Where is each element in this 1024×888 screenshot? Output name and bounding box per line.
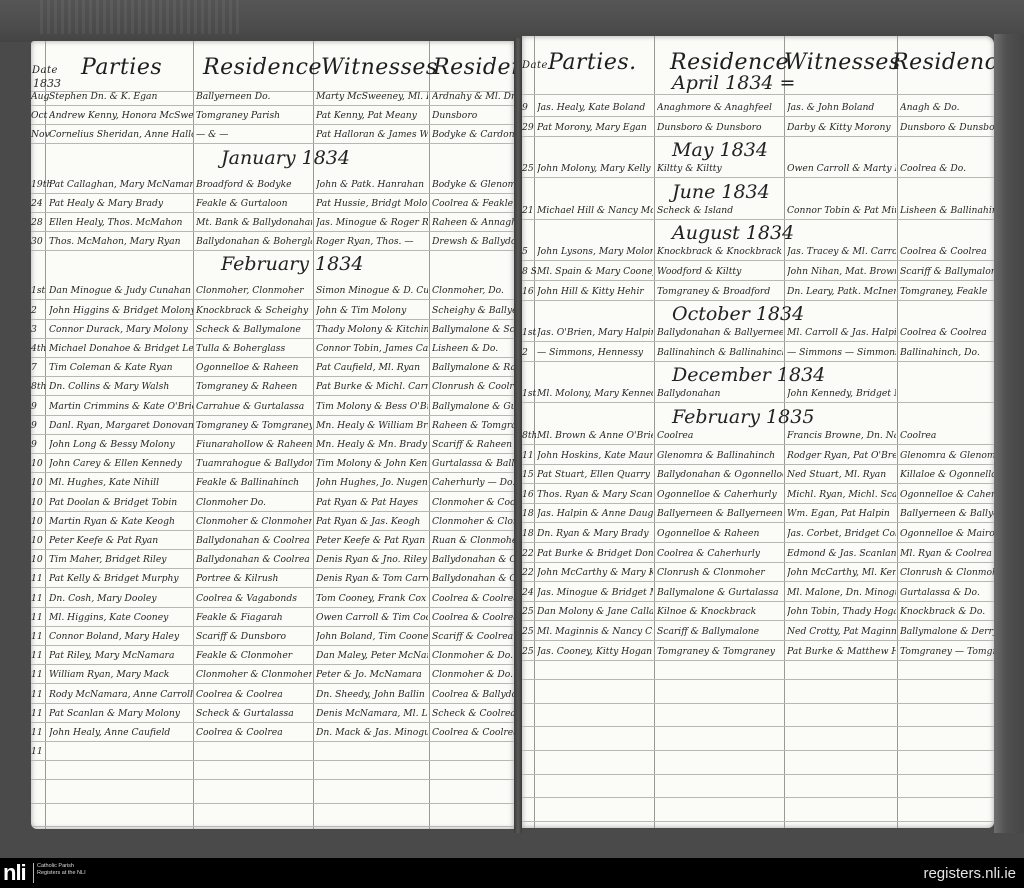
entry-date: 8th	[522, 430, 536, 441]
book-page-edges	[994, 34, 1024, 834]
entry-witness-residence: Scariff & Ballymalone	[900, 266, 994, 277]
entry-parties: John Carey & Ellen Kennedy	[49, 458, 193, 469]
row-rule	[522, 116, 994, 117]
entry-parties: Ml. Higgins, Kate Cooney	[49, 612, 193, 623]
entry-date: 10	[31, 458, 51, 469]
entry-residence: Ballydonahan & Ogonnelloe	[657, 469, 783, 480]
entry-witness-residence: Glenomra & Glenomra	[900, 450, 994, 461]
entry-witnesses: Tim Molony & John Kennedy	[316, 458, 428, 469]
entry-witness-residence: Ballymalone & Gurtalassa	[432, 401, 514, 412]
entry-parties: Jas. Healy, Kate Boland	[537, 102, 653, 113]
register-page-right: Date Parties. Residence Witnesses Reside…	[522, 36, 994, 828]
entry-residence: Ballydonahan & Coolrea	[196, 554, 312, 565]
entry-date: 25	[522, 606, 536, 617]
entry-witness-residence: Ballymalone & Raheen	[432, 362, 514, 373]
entry-parties: Pat Riley, Mary McNamara	[49, 650, 193, 661]
entry-witness-residence: Scariff & Coolrea	[432, 631, 514, 642]
row-rule	[31, 703, 514, 704]
row-rule	[522, 522, 994, 523]
entry-witnesses: Jas. Tracey & Ml. Carroll	[787, 246, 896, 257]
entry-witnesses: Mn. Healy & William Brady	[316, 420, 428, 431]
entry-residence: Feakle & Clonmoher	[196, 650, 312, 661]
entry-date: 8 Sept	[522, 266, 536, 277]
entry-witness-residence: Raheen & Annagh	[432, 217, 514, 228]
entry-witness-residence: Raheen & Tomgraney	[432, 420, 514, 431]
entry-residence: Ballyerneen & Ballyerneen	[657, 508, 783, 519]
entry-date: 10	[31, 477, 51, 488]
row-rule	[31, 415, 514, 416]
entry-residence: Tulla & Boherglass	[196, 343, 312, 354]
row-rule	[522, 542, 994, 543]
row-rule	[31, 664, 514, 665]
entry-parties: Dn. Ryan & Mary Brady	[537, 528, 653, 539]
entry-witnesses: Ml. Malone, Dn. Minogue	[787, 587, 896, 598]
entry-date: 25	[522, 646, 536, 657]
row-rule	[522, 300, 994, 301]
entry-witness-residence: Coolrea & Feakle	[432, 198, 514, 209]
entry-witness-residence: Ballydonahan & Coolrea	[432, 573, 514, 584]
entry-witnesses: John Nihan, Mat. Brown	[787, 266, 896, 277]
entry-parties: William Ryan, Mary Mack	[49, 669, 193, 680]
entry-residence: Glenomra & Ballinahinch	[657, 450, 783, 461]
scanner-background-bottom	[0, 833, 1024, 858]
entry-witnesses: Ml. Carroll & Jas. Halpin	[787, 327, 896, 338]
entry-parties: Connor Durack, Mary Molony	[49, 324, 193, 335]
entry-witness-residence: Coolrea & Coolrea	[432, 612, 514, 623]
entry-date: 18	[522, 508, 536, 519]
entry-date: 7	[31, 362, 51, 373]
row-rule	[522, 483, 994, 484]
entry-residence: Tomgraney & Tomgraney	[657, 646, 783, 657]
entry-parties: John Lysons, Mary Molony	[537, 246, 653, 257]
entry-parties: Pat Healy & Mary Brady	[49, 198, 193, 209]
entry-residence: Ogonnelloe & Caherhurly	[657, 489, 783, 500]
entry-witness-residence: Scheck & Coolrea	[432, 708, 514, 719]
entry-witness-residence: Lisheen & Ballinahinch	[900, 205, 994, 216]
header-parties: Parties.	[548, 50, 637, 75]
blank-row-rule	[31, 826, 514, 827]
entry-residence: — & —	[196, 129, 312, 140]
entry-witnesses: Pat Burke & Matthew Hogan	[787, 646, 896, 657]
entry-residence: Tuamrahogue & Ballydonahan	[196, 458, 312, 469]
entry-witness-residence: Drewsh & Ballydonahan	[432, 236, 514, 247]
entry-date: 24	[522, 587, 536, 598]
row-rule	[31, 626, 514, 627]
blank-row-rule	[522, 679, 994, 680]
entry-witnesses: Simon Minogue & D. Cunahan	[316, 285, 428, 296]
row-rule	[522, 444, 994, 445]
entry-parties: Thos. Ryan & Mary Scanlan	[537, 489, 653, 500]
entry-witnesses: Dan Maley, Peter McNamara	[316, 650, 428, 661]
row-rule	[522, 280, 994, 281]
blank-row-rule	[522, 750, 994, 751]
entry-date: 21	[522, 205, 536, 216]
row-rule	[522, 341, 994, 342]
entry-witnesses: Pat Ryan & Jas. Keogh	[316, 516, 428, 527]
entry-parties: John McCarthy & Mary Kennedy	[537, 567, 653, 578]
entry-date: 2	[31, 305, 51, 316]
entry-residence: Tomgraney & Broadford	[657, 286, 783, 297]
entry-parties: Tim Coleman & Kate Ryan	[49, 362, 193, 373]
row-rule	[31, 683, 514, 684]
entry-parties: Rody McNamara, Anne Carroll	[49, 689, 193, 700]
row-rule	[522, 562, 994, 563]
entry-witness-residence: Killaloe & Ogonnelloe	[900, 469, 994, 480]
entry-witnesses: Denis Ryan & Tom Carroll	[316, 573, 428, 584]
entry-witness-residence: Bodyke & Glenomra	[432, 179, 514, 190]
entry-parties: — Simmons, Hennessy	[537, 347, 653, 358]
entry-date: 5	[522, 246, 536, 257]
entry-witness-residence: Lisheen & Do.	[432, 343, 514, 354]
entry-witnesses: Tom Cooney, Frank Cox	[316, 593, 428, 604]
entry-date: 24	[31, 198, 51, 209]
entry-witness-residence: Clonmoher & Coolrea	[432, 497, 514, 508]
entry-residence: Dunsboro & Dunsboro	[657, 122, 783, 133]
book-cover-edge	[40, 0, 240, 34]
row-rule	[31, 530, 514, 531]
entry-date: 11	[31, 631, 51, 642]
entry-witness-residence: Gurtalassa & Do.	[900, 587, 994, 598]
entry-witness-residence: Bodyke & Cardonagh	[432, 129, 514, 140]
entry-date: 19th	[31, 179, 51, 190]
row-rule	[31, 143, 514, 144]
row-rule	[31, 549, 514, 550]
entry-parties: Connor Boland, Mary Haley	[49, 631, 193, 642]
entry-witnesses: Marty McSweeney, Ml. Barrack	[316, 91, 428, 102]
entry-parties: Ml. Molony, Mary Kennedy	[537, 388, 653, 399]
entry-residence: Coolrea & Coolrea	[196, 727, 312, 738]
entry-date: 9	[31, 401, 51, 412]
month-heading: April 1834 =	[672, 72, 795, 94]
entry-residence: Clonmoher Do.	[196, 497, 312, 508]
entry-residence: Scariff & Ballymalone	[657, 626, 783, 637]
row-rule	[522, 464, 994, 465]
entry-date: 22	[522, 548, 536, 559]
entry-witness-residence: Ruan & Clonmoher	[432, 535, 514, 546]
month-heading: February 1834	[221, 253, 363, 275]
entry-witness-residence: Clonrush & Coolrea	[432, 381, 514, 392]
entry-parties: Ml. Hughes, Kate Nihill	[49, 477, 193, 488]
entry-date: 11	[31, 593, 51, 604]
month-heading: August 1834	[672, 222, 794, 244]
row-rule	[522, 177, 994, 178]
entry-residence: Feakle & Gurtaloon	[196, 198, 312, 209]
entry-date: 10	[31, 497, 51, 508]
blank-row-rule	[522, 774, 994, 775]
entry-parties: Dan Molony & Jane Callaghan	[537, 606, 653, 617]
entry-witness-residence: Coolrea & Coolrea	[432, 727, 514, 738]
row-rule	[31, 299, 514, 300]
entry-witnesses: Pat Caufield, Ml. Ryan	[316, 362, 428, 373]
entry-residence: Scheck & Gurtalassa	[196, 708, 312, 719]
entry-witness-residence: Dunsboro & Dunsboro	[900, 122, 994, 133]
entry-date: 11	[31, 612, 51, 623]
entry-witness-residence: Caherhurly — Do.	[432, 477, 514, 488]
entry-parties: Martin Crimmins & Kate O'Brien	[49, 401, 193, 412]
entry-witness-residence: Clonmoher & Do.	[432, 669, 514, 680]
nli-caption: Catholic Parish Registers at the NLI	[37, 863, 97, 876]
entry-witnesses: Francis Browne, Dn. Nash	[787, 430, 896, 441]
header-rule	[522, 94, 994, 95]
entry-parties: Tim Maher, Bridget Riley	[49, 554, 193, 565]
book-spine	[514, 38, 522, 833]
entry-parties: John Molony, Mary Kelly	[537, 163, 653, 174]
entry-date: 11	[31, 669, 51, 680]
entry-date: 11	[31, 727, 51, 738]
entry-parties: Danl. Ryan, Margaret Donovan	[49, 420, 193, 431]
entry-witnesses: Jas. Minogue & Roger Ryan	[316, 217, 428, 228]
entry-residence: Clonrush & Clonmoher	[657, 567, 783, 578]
entry-parties: John Hill & Kitty Hehir	[537, 286, 653, 297]
row-rule	[522, 620, 994, 621]
entry-date: 1st	[31, 285, 51, 296]
entry-date: 1st	[522, 388, 536, 399]
entry-witness-residence: Anagh & Do.	[900, 102, 994, 113]
row-rule	[31, 319, 514, 320]
row-rule	[31, 212, 514, 213]
header-witness-residence: Residence	[892, 50, 994, 75]
entry-residence: Scheck & Island	[657, 205, 783, 216]
row-rule	[31, 645, 514, 646]
entry-witnesses: Roger Ryan, Thos. —	[316, 236, 428, 247]
entry-residence: Tomgraney Parish	[196, 110, 312, 121]
month-heading: February 1835	[672, 406, 814, 428]
entry-witness-residence: Ogonnelloe & Mairoe	[900, 528, 994, 539]
row-rule	[522, 402, 994, 403]
entry-date: 11	[31, 650, 51, 661]
entry-witnesses: Pat Kenny, Pat Meany	[316, 110, 428, 121]
entry-parties: Dn. Cosh, Mary Dooley	[49, 593, 193, 604]
entry-date: 9	[31, 439, 51, 450]
row-rule	[31, 491, 514, 492]
month-heading: January 1834	[221, 147, 350, 169]
row-rule	[31, 357, 514, 358]
entry-residence: Scheck & Ballymalone	[196, 324, 312, 335]
viewer-footer: nli Catholic Parish Registers at the NLI…	[0, 858, 1024, 888]
row-rule	[31, 124, 514, 125]
entry-witnesses: John & Patk. Hanrahan	[316, 179, 428, 190]
entry-date: 25	[522, 163, 536, 174]
entry-residence: Ballydonahan & Boherglass	[196, 236, 312, 247]
entry-witnesses: Pat Ryan & Pat Hayes	[316, 497, 428, 508]
blank-row-rule	[522, 726, 994, 727]
entry-date: Aug 21	[31, 91, 51, 102]
entry-date: 29	[522, 122, 536, 133]
entry-witness-residence: Coolrea	[900, 430, 994, 441]
entry-witnesses: John McCarthy, Ml. Kennedy	[787, 567, 896, 578]
entry-date: 22	[522, 567, 536, 578]
entry-witnesses: John & Tim Molony	[316, 305, 428, 316]
entry-witness-residence: Coolrea & Coolrea	[432, 593, 514, 604]
row-rule	[31, 607, 514, 608]
entry-witnesses: John Kennedy, Bridget Nash	[787, 388, 896, 399]
entry-residence: Clonmoher & Clonmoher	[196, 669, 312, 680]
entry-witness-residence: Ballinahinch, Do.	[900, 347, 994, 358]
entry-date: Nov 23	[31, 129, 51, 140]
entry-witness-residence: Ml. Ryan & Coolrea	[900, 548, 994, 559]
entry-parties: Thos. McMahon, Mary Ryan	[49, 236, 193, 247]
entry-witnesses: Jas. Corbet, Bridget Collins	[787, 528, 896, 539]
row-rule	[522, 219, 994, 220]
row-rule	[31, 511, 514, 512]
entry-residence: Ballydonahan & Coolrea	[196, 535, 312, 546]
entry-residence: Portree & Kilrush	[196, 573, 312, 584]
blank-row-rule	[31, 779, 514, 780]
row-rule	[522, 503, 994, 504]
entry-residence: Ogonnelloe & Raheen	[657, 528, 783, 539]
row-rule	[522, 361, 994, 362]
entry-date: 30	[31, 236, 51, 247]
entry-date: 28	[31, 217, 51, 228]
entry-date: 9	[522, 102, 536, 113]
register-page-left: Date Parties Residence Witnesses Residen…	[31, 41, 514, 829]
entry-parties: Jas. O'Brien, Mary Halpin	[537, 327, 653, 338]
entry-witness-residence: Ballydonahan & Coolrea	[432, 554, 514, 565]
entry-residence: Kilnoe & Knockbrack	[657, 606, 783, 617]
entry-residence: Kiltty & Kiltty	[657, 163, 783, 174]
entry-residence: Woodford & Kiltty	[657, 266, 783, 277]
row-rule	[31, 250, 514, 251]
entry-witnesses: John Hughes, Jo. Nugent	[316, 477, 428, 488]
entry-witnesses: John Tobin, Thady Hogan	[787, 606, 896, 617]
entry-date: 3	[31, 324, 51, 335]
entry-residence: Knockbrack & Knockbrack	[657, 246, 783, 257]
row-rule	[31, 453, 514, 454]
entry-parties: Michael Hill & Nancy Morony	[537, 205, 653, 216]
row-rule	[522, 640, 994, 641]
entry-witness-residence: Scheighy & Ballyerneen	[432, 305, 514, 316]
entry-witnesses: Dn. Leary, Patk. McInerney	[787, 286, 896, 297]
logo-divider	[33, 863, 34, 883]
entry-date: 8th	[31, 381, 51, 392]
entry-date: 11	[31, 689, 51, 700]
entry-witnesses: Dn. Sheedy, John Ballin	[316, 689, 428, 700]
row-rule	[522, 136, 994, 137]
entry-date: 11	[522, 450, 536, 461]
entry-witnesses: Rodger Ryan, Pat O'Brennan	[787, 450, 896, 461]
entry-date: 4th	[31, 343, 51, 354]
blank-row-rule	[31, 803, 514, 804]
month-heading: October 1834	[672, 303, 804, 325]
row-rule	[31, 231, 514, 232]
entry-witness-residence: Gurtalassa & Ballydonahan	[432, 458, 514, 469]
entry-residence: Coolrea & Caherhurly	[657, 548, 783, 559]
entry-parties: Peter Keefe & Pat Ryan	[49, 535, 193, 546]
entry-witnesses: Mn. Healy & Mn. Brady	[316, 439, 428, 450]
entry-witnesses: Wm. Egan, Pat Halpin	[787, 508, 896, 519]
row-rule	[31, 434, 514, 435]
entry-date: 1st	[522, 327, 536, 338]
entry-witnesses: Darby & Kitty Morony	[787, 122, 896, 133]
entry-residence: Mt. Bank & Ballydonahan	[196, 217, 312, 228]
entry-witnesses: John Boland, Tim Cooney	[316, 631, 428, 642]
entry-parties: Cornelius Sheridan, Anne Halloran	[49, 129, 193, 140]
entry-date: 16	[522, 286, 536, 297]
entry-residence: Fiunarahollow & Raheen	[196, 439, 312, 450]
row-rule	[31, 193, 514, 194]
entry-parties: Dan Minogue & Judy Cunahan	[49, 285, 193, 296]
entry-witnesses: Owen Carroll & Marty McSweeney	[787, 163, 896, 174]
entry-witnesses: Peter & Jo. McNamara	[316, 669, 428, 680]
month-heading: May 1834	[672, 139, 768, 161]
entry-residence: Scariff & Dunsboro	[196, 631, 312, 642]
entry-parties: Pat Kelly & Bridget Murphy	[49, 573, 193, 584]
header-witnesses: Witnesses	[784, 50, 901, 75]
entry-parties: Pat Morony, Mary Egan	[537, 122, 653, 133]
entry-witness-residence: Scariff & Raheen	[432, 439, 514, 450]
entry-witness-residence: Clonmoher, Do.	[432, 285, 514, 296]
entry-witness-residence: Coolrea & Coolrea	[900, 327, 994, 338]
entry-parties: Stephen Dn. & K. Egan	[49, 91, 193, 102]
row-rule	[31, 568, 514, 569]
entry-date: 10	[31, 554, 51, 565]
entry-witness-residence: Ballymalone & Derrynaheila	[900, 626, 994, 637]
entry-witness-residence: Clonrush & Clonmoher	[900, 567, 994, 578]
entry-parties: Ellen Healy, Thos. McMahon	[49, 217, 193, 228]
entry-parties: Ml. Spain & Mary Cooney	[537, 266, 653, 277]
entry-witnesses: — Simmons — Simmons	[787, 347, 896, 358]
row-rule	[31, 395, 514, 396]
entry-witness-residence: Clonmoher & Clonmoher	[432, 516, 514, 527]
entry-residence: Ballinahinch & Ballinahinch	[657, 347, 783, 358]
entry-witnesses: Pat Burke & Michl. Carroll	[316, 381, 428, 392]
row-rule	[31, 338, 514, 339]
entry-parties: John Hoskins, Kate Maunies	[537, 450, 653, 461]
entry-residence: Ballydonahan	[657, 388, 783, 399]
entry-date: 18	[522, 528, 536, 539]
entry-witnesses: Pat Halloran & James Walsh	[316, 129, 428, 140]
entry-residence: Broadford & Bodyke	[196, 179, 312, 190]
entry-residence: Coolrea & Coolrea	[196, 689, 312, 700]
entry-witnesses: Pat Hussie, Bridgt Molony	[316, 198, 428, 209]
row-rule	[31, 741, 514, 742]
nli-logo[interactable]: nli	[3, 862, 26, 884]
row-rule	[522, 660, 994, 661]
entry-parties: Martin Ryan & Kate Keogh	[49, 516, 193, 527]
entry-witness-residence: Ardnahy & Ml. Dr.	[432, 91, 514, 102]
blank-row-rule	[522, 703, 994, 704]
entry-witnesses: Ned Crotty, Pat Maginnis	[787, 626, 896, 637]
blank-row-rule	[522, 797, 994, 798]
row-rule	[522, 601, 994, 602]
row-rule	[31, 587, 514, 588]
entry-witnesses: Thady Molony & Kitchingh	[316, 324, 428, 335]
entry-parties: Michael Donahoe & Bridget Leo	[49, 343, 193, 354]
entry-witness-residence: Coolrea & Ballydonahan	[432, 689, 514, 700]
entry-residence: Feakle & Ballinahinch	[196, 477, 312, 488]
entry-witness-residence: Coolrea & Do.	[900, 163, 994, 174]
entry-parties: Pat Burke & Bridget Donovan	[537, 548, 653, 559]
entry-residence: Anaghmore & Anaghfeel	[657, 102, 783, 113]
entry-parties: John Higgins & Bridget Molony	[49, 305, 193, 316]
row-rule	[31, 722, 514, 723]
entry-date: 11	[31, 746, 51, 757]
entry-witnesses: Connor Tobin & Pat Minogue	[787, 205, 896, 216]
row-rule	[31, 760, 514, 761]
row-rule	[522, 581, 994, 582]
entry-witnesses: Peter Keefe & Pat Ryan	[316, 535, 428, 546]
entry-parties: Ml. Brown & Anne O'Brien	[537, 430, 653, 441]
entry-witnesses: Tim Molony & Bess O'Brien	[316, 401, 428, 412]
entry-residence: Ballyerneen Do.	[196, 91, 312, 102]
entry-residence: Clonmoher & Clonmoher	[196, 516, 312, 527]
entry-date: 15	[522, 469, 536, 480]
entry-date: 25	[522, 626, 536, 637]
entry-witness-residence: Ogonnelloe & Caherhurly	[900, 489, 994, 500]
row-rule	[31, 472, 514, 473]
site-link[interactable]: registers.nli.ie	[923, 865, 1016, 882]
entry-residence: Coolrea	[657, 430, 783, 441]
